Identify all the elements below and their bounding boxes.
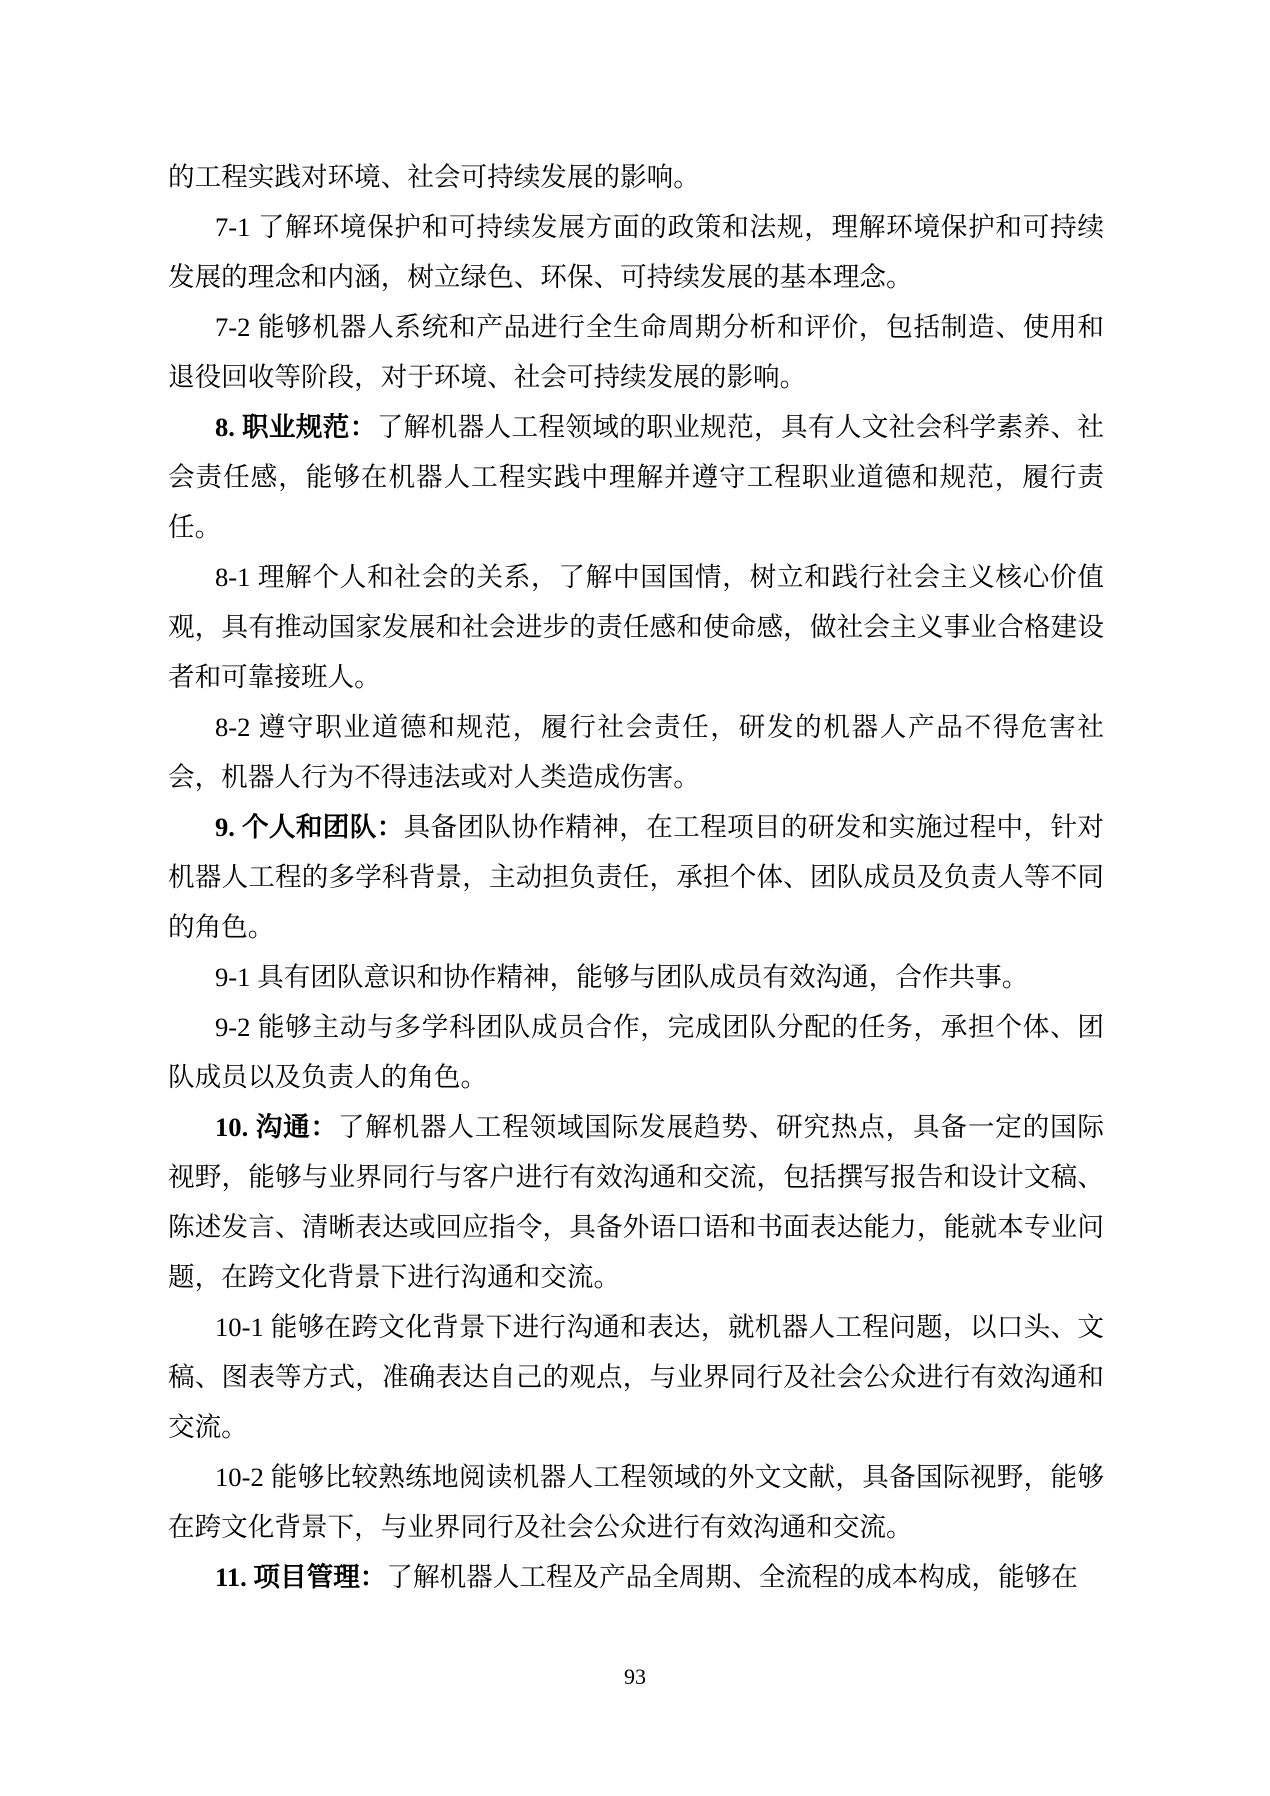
paragraph-10-2-text: 10-2 能够比较熟练地阅读机器人工程领域的外文文献，具备国际视野，能够在跨文化… (168, 1462, 1104, 1542)
paragraph-10-1: 10-1 能够在跨文化背景下进行沟通和表达，就机器人工程问题，以口头、文稿、图表… (168, 1302, 1104, 1452)
paragraph-9-2: 9-2 能够主动与多学科团队成员合作，完成团队分配的任务，承担个体、团队成员以及… (168, 1002, 1104, 1102)
paragraph-9: 9. 个人和团队：具备团队协作精神，在工程项目的研发和实施过程中，针对机器人工程… (168, 802, 1104, 952)
paragraph-10: 10. 沟通：了解机器人工程领域国际发展趋势、研究热点，具备一定的国际视野，能够… (168, 1102, 1104, 1302)
document-page: 的工程实践对环境、社会可持续发展的影响。 7-1 了解环境保护和可持续发展方面的… (0, 0, 1270, 1796)
paragraph-10-1-text: 10-1 能够在跨文化背景下进行沟通和表达，就机器人工程问题，以口头、文稿、图表… (168, 1312, 1104, 1442)
section-9-heading: 9. 个人和团队： (215, 812, 404, 842)
paragraph-8-1: 8-1 理解个人和社会的关系，了解中国国情，树立和践行社会主义核心价值观，具有推… (168, 552, 1104, 702)
body-text: 的工程实践对环境、社会可持续发展的影响。 7-1 了解环境保护和可持续发展方面的… (168, 152, 1104, 1602)
paragraph-11: 11. 项目管理：了解机器人工程及产品全周期、全流程的成本构成，能够在 (168, 1552, 1104, 1602)
paragraph-9-2-text: 9-2 能够主动与多学科团队成员合作，完成团队分配的任务，承担个体、团队成员以及… (168, 1012, 1104, 1092)
paragraph-8-2-text: 8-2 遵守职业道德和规范，履行社会责任，研发的机器人产品不得危害社会，机器人行… (168, 712, 1104, 792)
paragraph-8-2: 8-2 遵守职业道德和规范，履行社会责任，研发的机器人产品不得危害社会，机器人行… (168, 702, 1104, 802)
paragraph-continuation-text: 的工程实践对环境、社会可持续发展的影响。 (168, 162, 700, 192)
paragraph-9-1-text: 9-1 具有团队意识和协作精神，能够与团队成员有效沟通，合作共事。 (215, 962, 1028, 992)
paragraph-9-1: 9-1 具有团队意识和协作精神，能够与团队成员有效沟通，合作共事。 (168, 952, 1104, 1002)
paragraph-continuation: 的工程实践对环境、社会可持续发展的影响。 (168, 152, 1104, 202)
section-8-heading: 8. 职业规范： (215, 412, 377, 442)
section-10-heading: 10. 沟通： (215, 1112, 338, 1142)
paragraph-8: 8. 职业规范：了解机器人工程领域的职业规范，具有人文社会科学素养、社会责任感，… (168, 402, 1104, 552)
paragraph-7-2: 7-2 能够机器人系统和产品进行全生命周期分析和评价，包括制造、使用和退役回收等… (168, 302, 1104, 402)
paragraph-7-2-text: 7-2 能够机器人系统和产品进行全生命周期分析和评价，包括制造、使用和退役回收等… (168, 312, 1104, 392)
page-number: 93 (0, 1662, 1270, 1692)
paragraph-7-1: 7-1 了解环境保护和可持续发展方面的政策和法规，理解环境保护和可持续发展的理念… (168, 202, 1104, 302)
paragraph-10-2: 10-2 能够比较熟练地阅读机器人工程领域的外文文献，具备国际视野，能够在跨文化… (168, 1452, 1104, 1552)
paragraph-11-text: 了解机器人工程及产品全周期、全流程的成本构成，能够在 (386, 1562, 1077, 1592)
section-11-heading: 11. 项目管理： (215, 1562, 386, 1592)
paragraph-8-1-text: 8-1 理解个人和社会的关系，了解中国国情，树立和践行社会主义核心价值观，具有推… (168, 562, 1104, 692)
paragraph-7-1-text: 7-1 了解环境保护和可持续发展方面的政策和法规，理解环境保护和可持续发展的理念… (168, 212, 1104, 292)
